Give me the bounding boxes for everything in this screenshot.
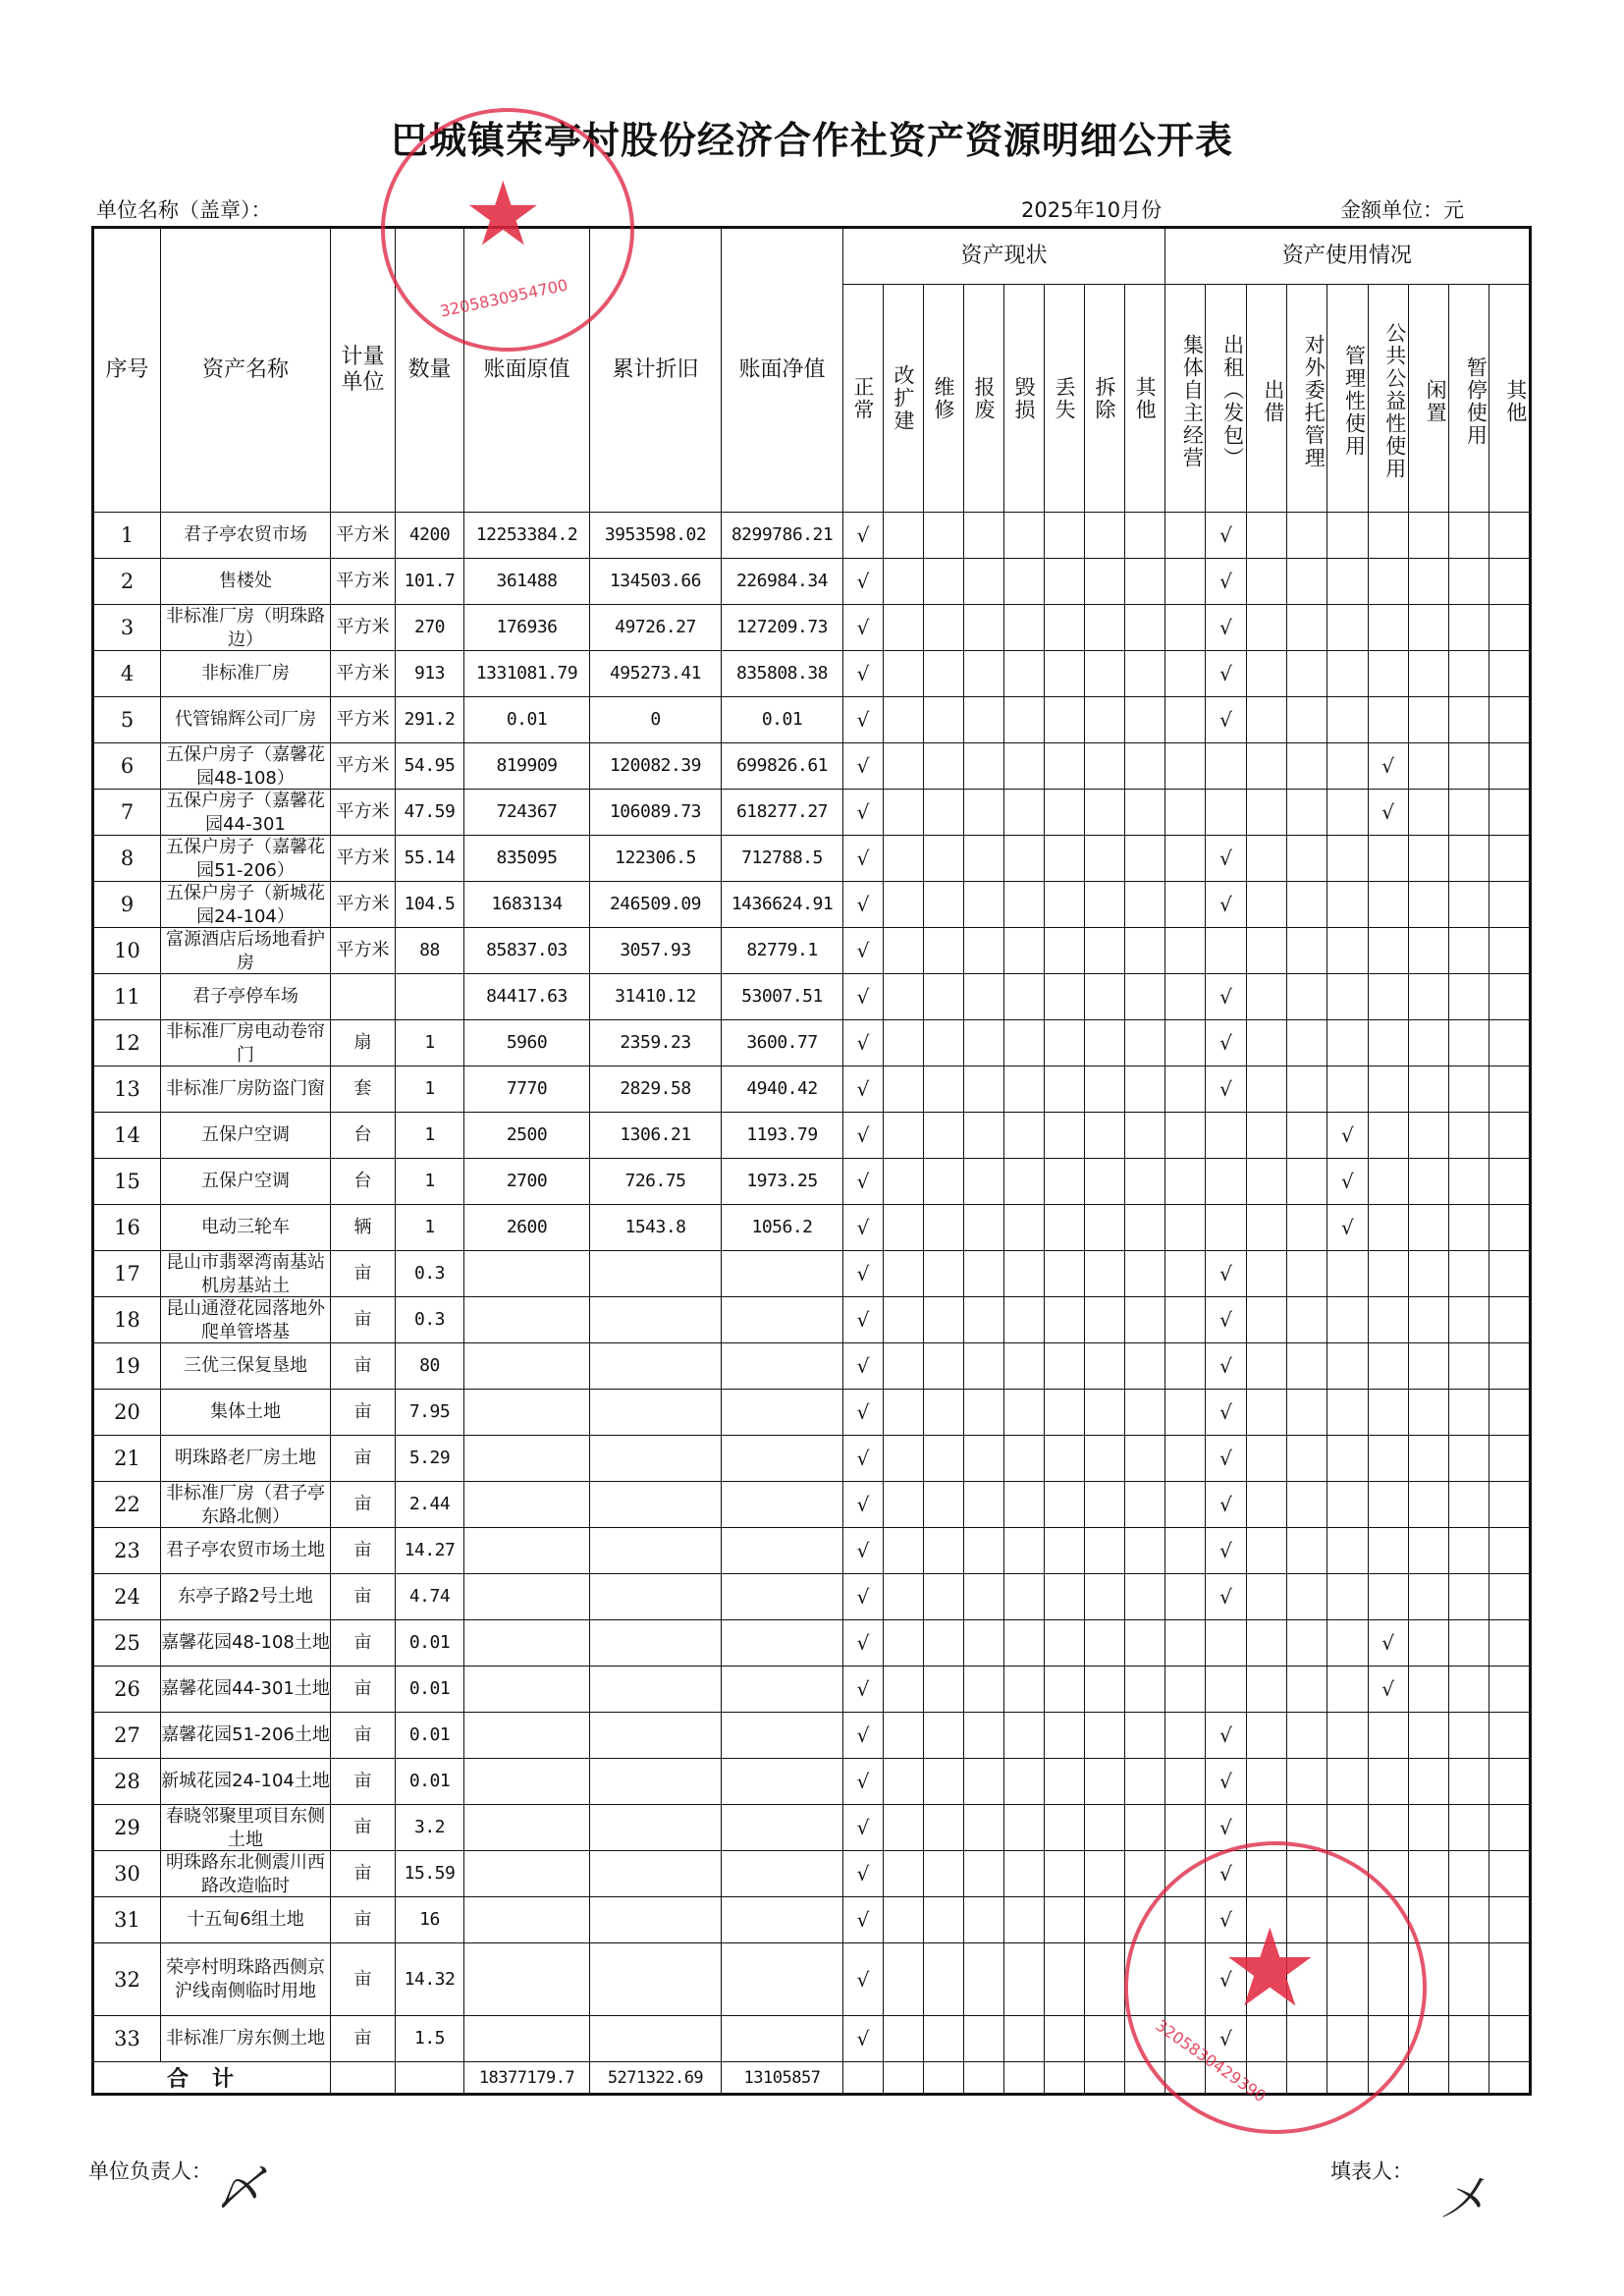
status-check-cell xyxy=(1045,1020,1085,1066)
status-check-cell xyxy=(964,1528,1004,1574)
status-check-cell xyxy=(1125,1897,1165,1943)
table-row: 33非标准厂房东侧土地亩1.5√√ xyxy=(93,2016,1531,2062)
table-row: 10富源酒店后场地看护房平方米8885837.033057.9382779.1√ xyxy=(93,928,1531,974)
usage-check-cell xyxy=(1449,743,1489,790)
usage-check-cell xyxy=(1286,1159,1326,1205)
row-seq: 27 xyxy=(93,1713,161,1759)
asset-name: 非标准厂房电动卷帘门 xyxy=(161,1020,331,1066)
status-check-cell xyxy=(924,836,964,882)
status-check-cell xyxy=(884,1020,924,1066)
status-check-cell xyxy=(1085,513,1125,559)
asset-name: 五保户房子（嘉馨花园44-301 xyxy=(161,790,331,836)
total-row: 合计18377179.75271322.6913105857 xyxy=(93,2062,1531,2095)
table-row: 6五保户房子（嘉馨花园48-108）平方米54.95819909120082.3… xyxy=(93,743,1531,790)
status-check-cell xyxy=(1085,697,1125,743)
measure-unit: 平方米 xyxy=(331,513,396,559)
net-value xyxy=(722,1436,843,1482)
usage-check-cell xyxy=(1449,513,1489,559)
usage-check-cell xyxy=(1449,1020,1489,1066)
usage-check-cell xyxy=(1165,1713,1206,1759)
usage-check-cell xyxy=(1165,1159,1206,1205)
usage-check-cell xyxy=(1489,928,1530,974)
usage-check-cell xyxy=(1449,882,1489,928)
status-check-cell xyxy=(884,1436,924,1482)
status-check-cell xyxy=(1004,1805,1045,1851)
status-check-cell xyxy=(1045,2016,1085,2062)
net-value: 8299786.21 xyxy=(722,513,843,559)
status-check-cell xyxy=(1085,1713,1125,1759)
unit-name-label: 单位名称（盖章）： xyxy=(96,194,272,224)
usage-check-cell xyxy=(1165,1528,1206,1574)
status-check-cell xyxy=(924,1851,964,1897)
accumulated-depreciation: 1543.8 xyxy=(590,1205,722,1251)
accumulated-depreciation: 120082.39 xyxy=(590,743,722,790)
total-depreciation: 5271322.69 xyxy=(590,2062,722,2095)
asset-name: 昆山通澄花园落地外爬单管塔基 xyxy=(161,1297,331,1343)
usage-check-cell xyxy=(1327,1851,1368,1897)
status-check-cell xyxy=(924,882,964,928)
status-check-cell xyxy=(1085,1851,1125,1897)
usage-check-cell xyxy=(1489,1482,1530,1528)
usage-check-cell xyxy=(1327,1390,1368,1436)
header-usage-col: 管理性使用 xyxy=(1327,285,1368,513)
status-check-cell xyxy=(1125,1851,1165,1897)
status-check-cell xyxy=(1125,1251,1165,1297)
asset-name: 明珠路东北侧震川西路改造临时 xyxy=(161,1851,331,1897)
usage-check-cell xyxy=(1165,1851,1206,1897)
status-check-cell: √ xyxy=(843,1020,884,1066)
status-check-cell xyxy=(884,1251,924,1297)
original-value: 84417.63 xyxy=(464,974,590,1020)
report-period: 2025年10月份 xyxy=(1021,194,1162,224)
measure-unit: 亩 xyxy=(331,1436,396,1482)
accumulated-depreciation: 134503.66 xyxy=(590,559,722,605)
status-check-cell: √ xyxy=(843,651,884,697)
status-check-cell xyxy=(1125,1436,1165,1482)
asset-name: 十五甸6组土地 xyxy=(161,1897,331,1943)
usage-check-cell: √ xyxy=(1327,1159,1368,1205)
status-check-cell xyxy=(884,974,924,1020)
usage-check-cell xyxy=(1368,1943,1408,2016)
status-check-cell xyxy=(964,1574,1004,1620)
status-check-cell xyxy=(884,1343,924,1390)
usage-check-cell xyxy=(1449,1159,1489,1205)
accumulated-depreciation xyxy=(590,2016,722,2062)
usage-check-cell xyxy=(1286,1251,1326,1297)
usage-check-cell xyxy=(1489,605,1530,651)
row-seq: 29 xyxy=(93,1805,161,1851)
status-check-cell xyxy=(1125,928,1165,974)
accumulated-depreciation xyxy=(590,1620,722,1667)
usage-check-cell xyxy=(1449,1297,1489,1343)
usage-check-cell xyxy=(1165,697,1206,743)
status-check-cell xyxy=(1045,1667,1085,1713)
status-check-cell xyxy=(964,605,1004,651)
status-check-cell xyxy=(1004,790,1045,836)
status-check-cell xyxy=(924,743,964,790)
usage-check-cell xyxy=(1246,1343,1286,1390)
usage-check-cell xyxy=(1286,1620,1326,1667)
status-check-cell: √ xyxy=(843,1297,884,1343)
measure-unit: 亩 xyxy=(331,1759,396,1805)
usage-check-cell xyxy=(1246,1020,1286,1066)
usage-check-cell xyxy=(1368,1528,1408,1574)
status-check-cell xyxy=(1125,605,1165,651)
status-check-cell xyxy=(1004,1620,1045,1667)
usage-check-cell xyxy=(1368,1343,1408,1390)
usage-check-cell xyxy=(1327,1713,1368,1759)
status-check-cell xyxy=(1085,1020,1125,1066)
usage-check-cell xyxy=(1449,1251,1489,1297)
status-check-cell xyxy=(1004,1759,1045,1805)
net-value xyxy=(722,2016,843,2062)
usage-check-cell: √ xyxy=(1206,974,1246,1020)
header-usage-col: 其他 xyxy=(1489,285,1530,513)
usage-check-cell xyxy=(1368,1482,1408,1528)
status-check-cell xyxy=(1125,1620,1165,1667)
status-check-cell xyxy=(1004,651,1045,697)
original-value: 1331081.79 xyxy=(464,651,590,697)
quantity: 2.44 xyxy=(396,1482,464,1528)
usage-check-cell xyxy=(1408,790,1448,836)
usage-check-cell xyxy=(1408,836,1448,882)
row-seq: 15 xyxy=(93,1159,161,1205)
row-seq: 28 xyxy=(93,1759,161,1805)
usage-check-cell xyxy=(1368,1159,1408,1205)
status-check-cell xyxy=(1045,1620,1085,1667)
asset-name: 电动三轮车 xyxy=(161,1205,331,1251)
status-check-cell xyxy=(924,1574,964,1620)
usage-check-cell xyxy=(1449,1390,1489,1436)
original-value xyxy=(464,1620,590,1667)
row-seq: 31 xyxy=(93,1897,161,1943)
quantity: 5.29 xyxy=(396,1436,464,1482)
usage-check-cell xyxy=(1206,1113,1246,1159)
usage-check-cell xyxy=(1368,1759,1408,1805)
status-check-cell: √ xyxy=(843,1436,884,1482)
status-check-cell xyxy=(924,559,964,605)
usage-check-cell xyxy=(1246,1066,1286,1113)
status-check-cell xyxy=(924,1713,964,1759)
status-check-cell xyxy=(1004,1667,1045,1713)
status-check-cell xyxy=(1004,1066,1045,1113)
asset-name: 嘉馨花园48-108土地 xyxy=(161,1620,331,1667)
status-check-cell xyxy=(1125,1943,1165,2016)
measure-unit: 亩 xyxy=(331,1297,396,1343)
usage-check-cell xyxy=(1368,1205,1408,1251)
usage-check-cell: √ xyxy=(1206,1482,1246,1528)
quantity: 88 xyxy=(396,928,464,974)
total-empty-cell xyxy=(924,2062,964,2095)
status-check-cell xyxy=(1004,1897,1045,1943)
status-check-cell xyxy=(1125,1713,1165,1759)
usage-check-cell xyxy=(1489,1343,1530,1390)
usage-check-cell xyxy=(1408,1667,1448,1713)
original-value xyxy=(464,1343,590,1390)
status-check-cell xyxy=(964,1805,1004,1851)
usage-check-cell xyxy=(1408,882,1448,928)
header-depreciation: 累计折旧 xyxy=(590,228,722,513)
table-row: 4非标准厂房平方米9131331081.79495273.41835808.38… xyxy=(93,651,1531,697)
usage-check-cell: √ xyxy=(1206,1390,1246,1436)
usage-check-cell: √ xyxy=(1206,513,1246,559)
table-row: 1君子亭农贸市场平方米420012253384.23953598.0282997… xyxy=(93,513,1531,559)
usage-check-cell xyxy=(1327,1251,1368,1297)
table-row: 7五保户房子（嘉馨花园44-301平方米47.59724367106089.73… xyxy=(93,790,1531,836)
status-check-cell xyxy=(1004,605,1045,651)
status-check-cell xyxy=(1004,2016,1045,2062)
usage-check-cell xyxy=(1286,2016,1326,2062)
row-seq: 24 xyxy=(93,1574,161,1620)
status-check-cell xyxy=(1045,1436,1085,1482)
status-check-cell xyxy=(1045,513,1085,559)
usage-check-cell xyxy=(1165,1113,1206,1159)
header-status-col: 拆除 xyxy=(1085,285,1125,513)
usage-check-cell xyxy=(1489,1390,1530,1436)
accumulated-depreciation: 2829.58 xyxy=(590,1066,722,1113)
table-row: 31十五甸6组土地亩16√√ xyxy=(93,1897,1531,1943)
usage-check-cell xyxy=(1327,513,1368,559)
usage-check-cell: √ xyxy=(1206,1943,1246,2016)
status-check-cell xyxy=(964,1343,1004,1390)
usage-check-cell xyxy=(1246,1297,1286,1343)
status-check-cell xyxy=(1085,1528,1125,1574)
status-check-cell xyxy=(1045,1851,1085,1897)
asset-name: 嘉馨花园51-206土地 xyxy=(161,1713,331,1759)
status-check-cell xyxy=(1004,1851,1045,1897)
status-check-cell xyxy=(924,974,964,1020)
status-check-cell xyxy=(1045,790,1085,836)
usage-check-cell xyxy=(1286,1851,1326,1897)
net-value: 0.01 xyxy=(722,697,843,743)
status-check-cell xyxy=(884,605,924,651)
usage-check-cell xyxy=(1408,1897,1448,1943)
status-check-cell xyxy=(964,1482,1004,1528)
status-check-cell xyxy=(924,1620,964,1667)
usage-check-cell xyxy=(1368,1113,1408,1159)
quantity: 7.95 xyxy=(396,1390,464,1436)
status-check-cell xyxy=(1045,559,1085,605)
usage-check-cell xyxy=(1327,1482,1368,1528)
header-status-col: 维修 xyxy=(924,285,964,513)
usage-check-cell xyxy=(1408,1482,1448,1528)
accumulated-depreciation: 2359.23 xyxy=(590,1020,722,1066)
usage-check-cell: √ xyxy=(1327,1113,1368,1159)
row-seq: 25 xyxy=(93,1620,161,1667)
quantity: 0.3 xyxy=(396,1297,464,1343)
usage-check-cell xyxy=(1449,1805,1489,1851)
measure-unit: 平方米 xyxy=(331,836,396,882)
usage-check-cell xyxy=(1327,1343,1368,1390)
measure-unit: 亩 xyxy=(331,1851,396,1897)
table-row: 3非标准厂房（明珠路边）平方米27017693649726.27127209.7… xyxy=(93,605,1531,651)
usage-check-cell xyxy=(1286,1528,1326,1574)
usage-check-cell: √ xyxy=(1368,743,1408,790)
status-check-cell xyxy=(884,1113,924,1159)
net-value: 1436624.91 xyxy=(722,882,843,928)
table-row: 2售楼处平方米101.7361488134503.66226984.34√√ xyxy=(93,559,1531,605)
status-check-cell: √ xyxy=(843,1159,884,1205)
original-value: 1683134 xyxy=(464,882,590,928)
original-value: 85837.03 xyxy=(464,928,590,974)
table-row: 29春晓邻聚里项目东侧土地亩3.2√√ xyxy=(93,1805,1531,1851)
usage-check-cell xyxy=(1327,1528,1368,1574)
usage-check-cell xyxy=(1165,1066,1206,1113)
status-check-cell xyxy=(1004,882,1045,928)
accumulated-depreciation: 495273.41 xyxy=(590,651,722,697)
usage-check-cell xyxy=(1449,1066,1489,1113)
row-seq: 19 xyxy=(93,1343,161,1390)
usage-check-cell xyxy=(1368,2016,1408,2062)
status-check-cell xyxy=(1045,1066,1085,1113)
status-check-cell xyxy=(1045,1528,1085,1574)
usage-check-cell xyxy=(1408,1251,1448,1297)
status-check-cell xyxy=(924,1897,964,1943)
header-usage-group: 资产使用情况 xyxy=(1165,228,1531,285)
table-row: 17昆山市翡翠湾南基站机房基站土亩0.3√√ xyxy=(93,1251,1531,1297)
status-check-cell xyxy=(1004,1482,1045,1528)
status-check-cell xyxy=(1085,790,1125,836)
net-value xyxy=(722,1482,843,1528)
status-check-cell: √ xyxy=(843,882,884,928)
status-check-cell xyxy=(884,1620,924,1667)
usage-check-cell xyxy=(1165,605,1206,651)
status-check-cell xyxy=(1004,1205,1045,1251)
status-check-cell xyxy=(1085,928,1125,974)
usage-check-cell xyxy=(1408,2016,1448,2062)
status-check-cell xyxy=(1125,1805,1165,1851)
accumulated-depreciation xyxy=(590,1805,722,1851)
status-check-cell xyxy=(1085,1897,1125,1943)
usage-check-cell xyxy=(1489,1851,1530,1897)
status-check-cell xyxy=(884,1528,924,1574)
header-usage-col: 暂停使用 xyxy=(1449,285,1489,513)
measure-unit: 亩 xyxy=(331,1251,396,1297)
header-qty: 数量 xyxy=(396,228,464,513)
status-check-cell xyxy=(884,882,924,928)
original-value xyxy=(464,1897,590,1943)
status-check-cell xyxy=(964,1436,1004,1482)
original-value xyxy=(464,1667,590,1713)
usage-check-cell: √ xyxy=(1368,790,1408,836)
asset-name: 君子亭农贸市场土地 xyxy=(161,1528,331,1574)
table-row: 11君子亭停车场84417.6331410.1253007.51√√ xyxy=(93,974,1531,1020)
status-check-cell: √ xyxy=(843,1667,884,1713)
usage-check-cell xyxy=(1246,1113,1286,1159)
status-check-cell xyxy=(884,559,924,605)
status-check-cell xyxy=(924,1251,964,1297)
usage-check-cell xyxy=(1286,1897,1326,1943)
accumulated-depreciation: 106089.73 xyxy=(590,790,722,836)
status-check-cell: √ xyxy=(843,1574,884,1620)
status-check-cell xyxy=(1004,697,1045,743)
usage-check-cell xyxy=(1408,1620,1448,1667)
row-seq: 3 xyxy=(93,605,161,651)
accumulated-depreciation: 0 xyxy=(590,697,722,743)
net-value: 699826.61 xyxy=(722,743,843,790)
status-check-cell xyxy=(1045,697,1085,743)
usage-check-cell: √ xyxy=(1206,836,1246,882)
usage-check-cell xyxy=(1286,1943,1326,2016)
usage-check-cell xyxy=(1449,2016,1489,2062)
usage-check-cell xyxy=(1489,559,1530,605)
accumulated-depreciation xyxy=(590,1436,722,1482)
measure-unit: 亩 xyxy=(331,1528,396,1574)
usage-check-cell xyxy=(1449,1759,1489,1805)
asset-name: 五保户空调 xyxy=(161,1113,331,1159)
quantity xyxy=(396,974,464,1020)
usage-check-cell xyxy=(1408,1343,1448,1390)
original-value: 835095 xyxy=(464,836,590,882)
usage-check-cell xyxy=(1206,790,1246,836)
status-check-cell xyxy=(924,1066,964,1113)
total-empty-cell xyxy=(1246,2062,1286,2095)
status-check-cell xyxy=(924,1436,964,1482)
usage-check-cell xyxy=(1489,1759,1530,1805)
usage-check-cell xyxy=(1449,1667,1489,1713)
status-check-cell xyxy=(1045,882,1085,928)
status-check-cell: √ xyxy=(843,1205,884,1251)
original-value: 176936 xyxy=(464,605,590,651)
table-row: 22非标准厂房（君子亭东路北侧）亩2.44√√ xyxy=(93,1482,1531,1528)
status-check-cell xyxy=(1045,1159,1085,1205)
usage-check-cell xyxy=(1368,697,1408,743)
usage-check-cell xyxy=(1165,513,1206,559)
original-value xyxy=(464,2016,590,2062)
original-value xyxy=(464,1713,590,1759)
quantity: 1 xyxy=(396,1205,464,1251)
usage-check-cell xyxy=(1327,1574,1368,1620)
usage-check-cell: √ xyxy=(1206,1528,1246,1574)
usage-check-cell xyxy=(1368,974,1408,1020)
net-value xyxy=(722,1390,843,1436)
asset-name: 五保户房子（嘉馨花园48-108） xyxy=(161,743,331,790)
status-check-cell xyxy=(1004,1020,1045,1066)
measure-unit: 台 xyxy=(331,1113,396,1159)
status-check-cell xyxy=(924,1759,964,1805)
table-row: 28新城花园24-104土地亩0.01√√ xyxy=(93,1759,1531,1805)
accumulated-depreciation: 31410.12 xyxy=(590,974,722,1020)
status-check-cell xyxy=(1045,1390,1085,1436)
accumulated-depreciation: 1306.21 xyxy=(590,1113,722,1159)
usage-check-cell: √ xyxy=(1206,1020,1246,1066)
original-value xyxy=(464,1251,590,1297)
status-check-cell xyxy=(1125,974,1165,1020)
usage-check-cell xyxy=(1286,882,1326,928)
accumulated-depreciation xyxy=(590,1713,722,1759)
status-check-cell xyxy=(1125,836,1165,882)
usage-check-cell xyxy=(1489,1020,1530,1066)
status-check-cell xyxy=(884,1066,924,1113)
usage-check-cell xyxy=(1489,1113,1530,1159)
status-check-cell xyxy=(884,743,924,790)
table-row: 8五保户房子（嘉馨花园51-206）平方米55.14835095122306.5… xyxy=(93,836,1531,882)
usage-check-cell xyxy=(1368,1251,1408,1297)
status-check-cell xyxy=(884,1482,924,1528)
status-check-cell: √ xyxy=(843,1251,884,1297)
usage-check-cell xyxy=(1246,1943,1286,2016)
usage-check-cell xyxy=(1368,1297,1408,1343)
status-check-cell xyxy=(1045,974,1085,1020)
net-value xyxy=(722,1620,843,1667)
row-seq: 17 xyxy=(93,1251,161,1297)
original-value: 2700 xyxy=(464,1159,590,1205)
status-check-cell: √ xyxy=(843,836,884,882)
status-check-cell xyxy=(1085,974,1125,1020)
measure-unit xyxy=(331,974,396,1020)
usage-check-cell xyxy=(1286,1667,1326,1713)
usage-check-cell xyxy=(1165,1297,1206,1343)
